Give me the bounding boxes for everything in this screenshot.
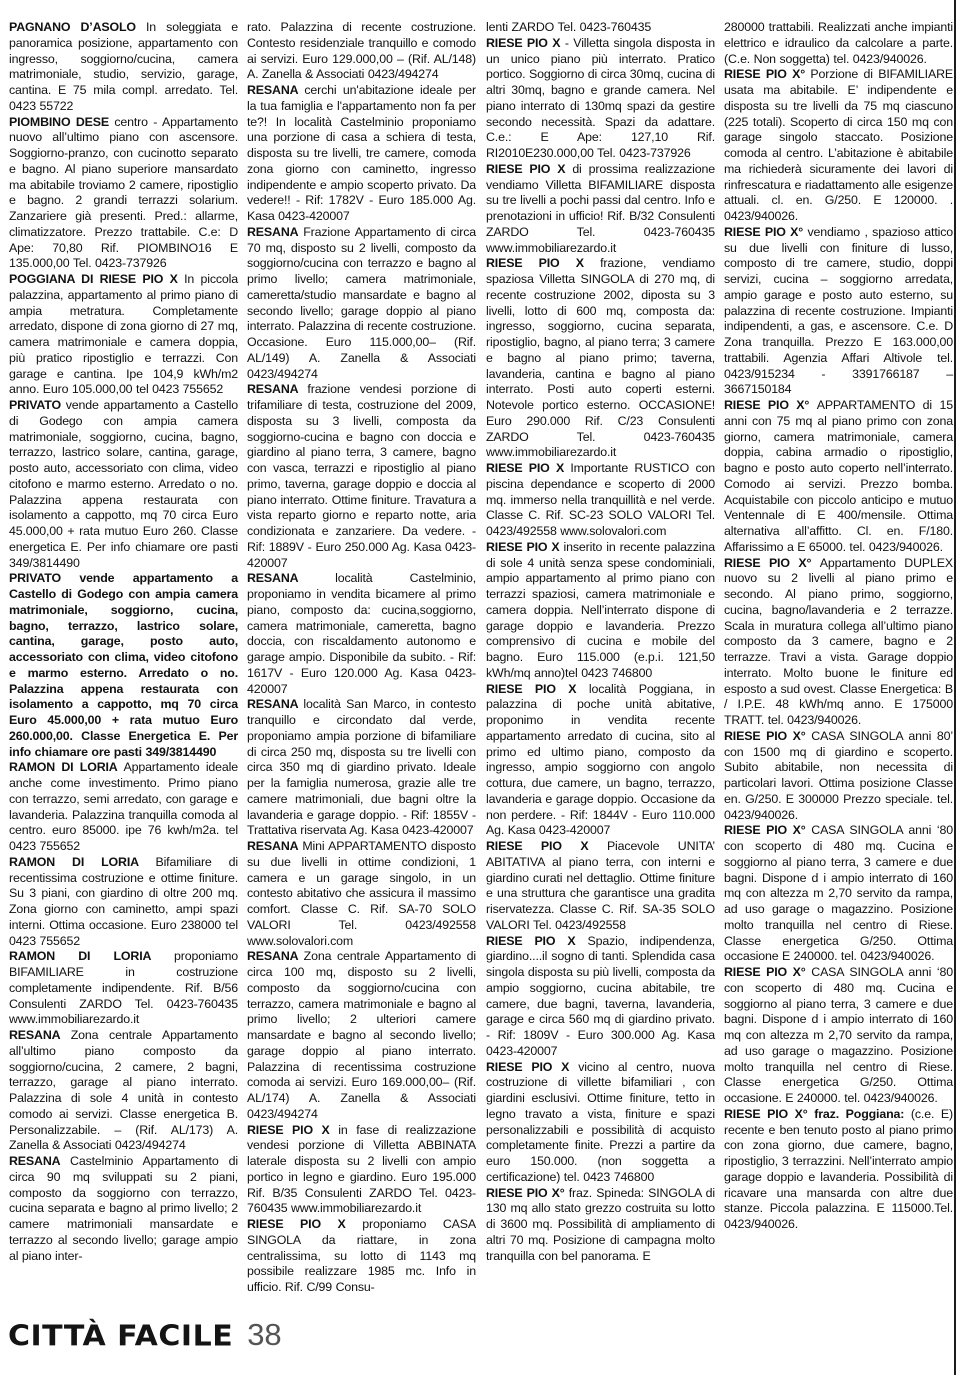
classified-ad: RESANA Castelminio Appartamento di circa… xyxy=(9,1154,238,1264)
ad-lead: RIESE PIO X° xyxy=(724,965,811,979)
ad-lead: RESANA xyxy=(247,382,307,396)
classified-ad: RIESE PIO X° vendiamo , spazioso attico … xyxy=(724,225,953,398)
ad-lead: RIESE PIO X xyxy=(486,934,587,948)
ad-lead: RESANA xyxy=(247,697,303,711)
classifieds-page: PAGNANO D’ASOLO In soleggiata e panorami… xyxy=(0,0,960,1375)
classified-ad: RESANA cerchi un'abitazione ideale per l… xyxy=(247,83,476,225)
ad-lead: RIESE PIO X° xyxy=(724,556,820,570)
ad-lead: RAMON DI LORIA xyxy=(9,949,174,963)
classified-ad: RIESE PIO X vicino al centro, nuova cost… xyxy=(486,1060,715,1186)
column-2: rato. Palazzina di recente costruzione. … xyxy=(247,20,476,1296)
classified-ad: RIESE PIO X° fraz. Spineda: SINGOLA di 1… xyxy=(486,1186,715,1265)
classified-ad: RESANA Zona centrale Appartamento all’ul… xyxy=(9,1028,238,1154)
page-number: 38 xyxy=(247,1317,281,1353)
ad-lead: RIESE PIO X xyxy=(486,839,607,853)
ad-lead: RIESE PIO X xyxy=(486,540,564,554)
ad-lead: RIESE PIO X° fraz. Poggiana: xyxy=(724,1107,911,1121)
ad-lead: RAMON DI LORIA xyxy=(9,855,155,869)
classified-ad: 280000 trattabili. Realizzati anche impi… xyxy=(724,20,953,67)
classified-ad: RIESE PIO X° APPARTAMENTO di 15 anni con… xyxy=(724,398,953,556)
classified-ad: RIESE PIO X in fase di realizzazione ven… xyxy=(247,1123,476,1218)
ad-lead: RIESE PIO X xyxy=(486,36,565,50)
ad-lead: PAGNANO D’ASOLO xyxy=(9,20,146,34)
ad-lead: RESANA xyxy=(247,949,304,963)
ad-lead: RESANA xyxy=(247,839,302,853)
classified-ad: RIESE PIO X° Appartamento DUPLEX nuovo s… xyxy=(724,556,953,729)
classified-ad: PIOMBINO DESE centro - Appartamento nuov… xyxy=(9,115,238,273)
classified-ad: RIESE PIO X località Poggiana, in palazz… xyxy=(486,682,715,840)
column-1: PAGNANO D’ASOLO In soleggiata e panorami… xyxy=(9,20,238,1264)
ad-lead: RAMON DI LORIA xyxy=(9,760,123,774)
classified-ad: RESANA frazione vendesi porzione di trif… xyxy=(247,382,476,571)
classified-ad: RAMON DI LORIA Appartamento ideale anche… xyxy=(9,760,238,855)
classified-ad: RIESE PIO X - Villetta singola disposta … xyxy=(486,36,715,162)
classified-ad: lenti ZARDO Tel. 0423-760435 xyxy=(486,20,715,36)
ad-lead: PRIVATO xyxy=(9,398,66,412)
ad-lead: RIESE PIO X° xyxy=(486,1186,569,1200)
ad-lead: RIESE PIO X° xyxy=(724,225,808,239)
classified-ad: RIESE PIO X Importante RUSTICO con pisci… xyxy=(486,461,715,540)
classified-ad: RAMON DI LORIA proponiamo BIFAMILIARE in… xyxy=(9,949,238,1028)
classified-ad: RIESE PIO X° CASA SINGOLA anni ‘80 con s… xyxy=(724,823,953,965)
brand-logo: città facile xyxy=(8,1320,233,1353)
classified-ad: RAMON DI LORIA Bifamiliare di recentissi… xyxy=(9,855,238,950)
classified-ad: RIESE PIO X° Porzione di BIFAMILIARE usa… xyxy=(724,67,953,225)
classified-ad: POGGIANA DI RIESE PIO X In piccola palaz… xyxy=(9,272,238,398)
ad-lead: RIESE PIO X° xyxy=(724,398,817,412)
ad-lead: RESANA xyxy=(247,83,304,97)
ad-lead: RESANA xyxy=(9,1154,70,1168)
ad-lead: POGGIANA DI RIESE PIO X xyxy=(9,272,184,286)
ad-lead: PIOMBINO DESE xyxy=(9,115,114,129)
classified-ad: RIESE PIO X inserito in recente palazzin… xyxy=(486,540,715,682)
classified-ad: RESANA Mini APPARTAMENTO disposto su due… xyxy=(247,839,476,949)
classified-ad: PRIVATO vende appartamento a Castello di… xyxy=(9,571,238,760)
ad-lead: RESANA xyxy=(9,1028,71,1042)
column-3: lenti ZARDO Tel. 0423-760435RIESE PIO X … xyxy=(486,20,715,1264)
classified-ad: RIESE PIO X° fraz. Poggiana: (c.e. E) re… xyxy=(724,1107,953,1233)
ad-lead: RESANA xyxy=(247,571,335,585)
classified-ad: RESANA Zona centrale Appartamento di cir… xyxy=(247,949,476,1122)
ad-lead: RIESE PIO X xyxy=(486,162,572,176)
classified-ad: RESANA località Castelminio, proponiamo … xyxy=(247,571,476,697)
classified-ad: PAGNANO D’ASOLO In soleggiata e panorami… xyxy=(9,20,238,115)
ad-lead: RESANA xyxy=(247,225,303,239)
ad-lead: PRIVATO xyxy=(9,571,79,585)
classified-ad: rato. Palazzina di recente costruzione. … xyxy=(247,20,476,83)
ad-lead: RIESE PIO X° xyxy=(724,823,811,837)
ad-lead: RIESE PIO X xyxy=(486,1060,578,1074)
page-edge-rule xyxy=(954,0,956,1375)
classified-ad: RESANA località San Marco, in contesto t… xyxy=(247,697,476,839)
ad-lead: RIESE PIO X xyxy=(486,682,589,696)
classified-ad: RIESE PIO X Spazio, indipendenza, giardi… xyxy=(486,934,715,1060)
ad-lead: RIESE PIO X xyxy=(247,1123,338,1137)
ad-lead: RIESE PIO X° xyxy=(724,729,811,743)
classified-ad: RIESE PIO X° CASA SINGOLA anni 80’ con 1… xyxy=(724,729,953,824)
ad-lead: RIESE PIO X xyxy=(486,256,600,270)
classified-ad: RESANA Frazione Appartamento di circa 70… xyxy=(247,225,476,383)
classified-ad: PRIVATO vende appartamento a Castello di… xyxy=(9,398,238,571)
classified-ad: RIESE PIO X Piacevole UNITA’ ABITATIVA a… xyxy=(486,839,715,934)
page-footer: città facile 38 xyxy=(8,1317,282,1353)
column-4: 280000 trattabili. Realizzati anche impi… xyxy=(724,20,953,1233)
ad-lead: RIESE PIO X xyxy=(247,1217,362,1231)
ad-lead: RIESE PIO X xyxy=(486,461,570,475)
classified-ad: RIESE PIO X proponiamo CASA SINGOLA da r… xyxy=(247,1217,476,1296)
classified-ad: RIESE PIO X frazione, vendiamo spaziosa … xyxy=(486,256,715,461)
classified-ad: RIESE PIO X° CASA SINGOLA anni ‘80 con s… xyxy=(724,965,953,1107)
ad-lead: RIESE PIO X° xyxy=(724,67,810,81)
classified-ad: RIESE PIO X di prossima realizzazione ve… xyxy=(486,162,715,257)
